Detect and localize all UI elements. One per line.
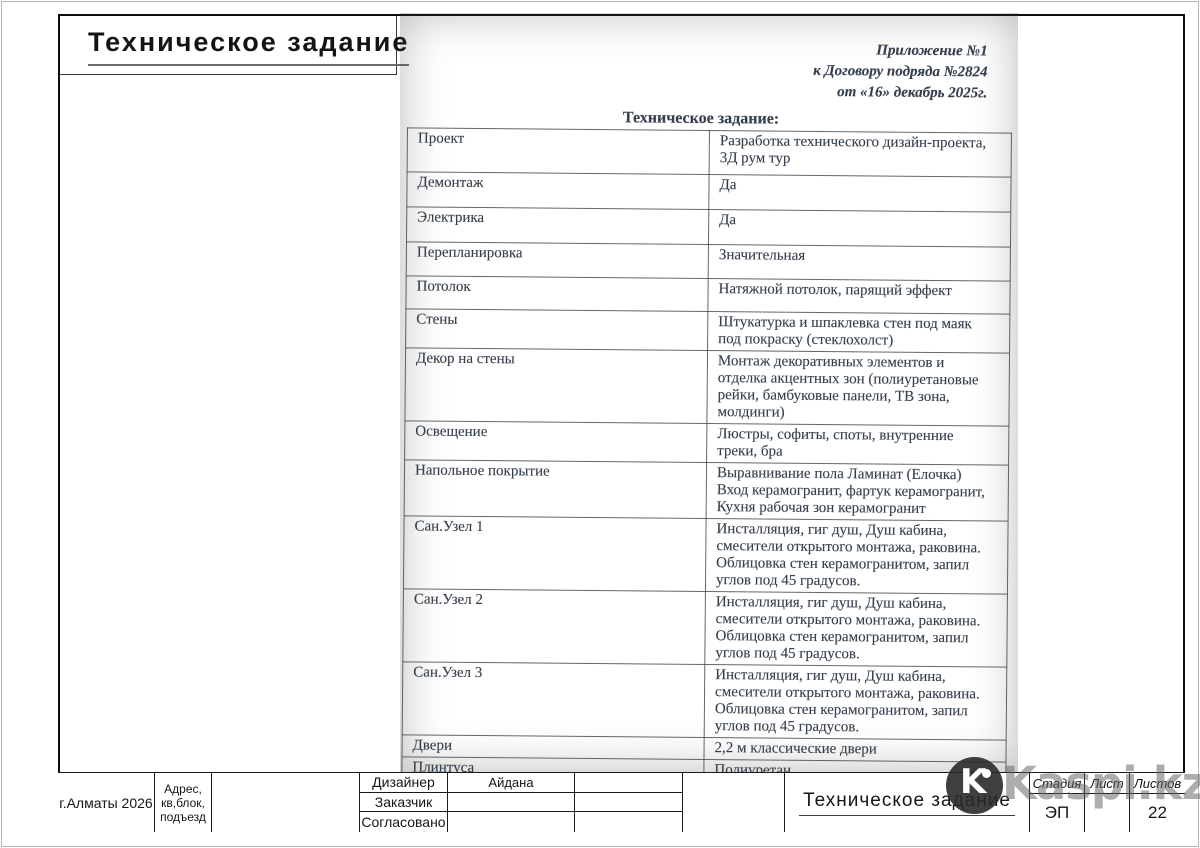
title-block: г.Алматы 2026 Адрес, кв,блок, подъезд Ди…: [58, 772, 1185, 832]
signer-names-cell: Айдана: [448, 773, 575, 832]
doc-title-cell: Техническое задание: [785, 773, 1030, 832]
appendix-block: Приложение №1 к Договору подряда №2824 о…: [400, 36, 1018, 104]
table-row: ДемонтажДа: [407, 172, 1011, 212]
sheet-number-label: Лист: [1085, 773, 1129, 794]
sheet-number-value: [1085, 794, 1129, 832]
sheet-title: Техническое задание: [88, 27, 409, 66]
sheets-total-label: Листов: [1130, 773, 1185, 794]
table-row: СтеныШтукатурка и шпаклевка стен под мая…: [406, 309, 1010, 353]
row-value: Да: [709, 175, 1011, 213]
row-label: Стены: [406, 309, 708, 351]
city-year: г.Алматы 2026: [59, 795, 152, 811]
row-value: Да: [708, 210, 1010, 248]
row-label: Демонтаж: [407, 172, 709, 210]
signer-name: Айдана: [448, 773, 574, 793]
sheet-number-cell: Лист: [1085, 773, 1130, 832]
sheet-title-box: Техническое задание: [60, 16, 397, 75]
table-row: Сан.Узел 2Инсталляция, гиг душ, Душ каби…: [403, 589, 1008, 667]
table-row: Сан.Узел 1Инсталляция, гиг душ, Душ каби…: [403, 516, 1008, 594]
sheet-page: Техническое задание Приложение №1 к Дого…: [0, 0, 1200, 848]
row-label: Сан.Узел 1: [403, 516, 706, 592]
row-value: 2,2 м классические двери: [704, 737, 1006, 762]
row-label: Двери: [402, 735, 704, 760]
table-row: ЭлектрикаДа: [406, 207, 1010, 247]
signature-slot: [575, 793, 682, 813]
row-value: Инсталляция, гиг душ, Душ кабина, смесит…: [704, 664, 1007, 740]
signer-label: Согласовано: [360, 812, 447, 832]
row-label: Напольное покрытие: [404, 460, 706, 519]
table-row: ОсвещениеЛюстры, софиты, споты, внутренн…: [405, 421, 1009, 465]
row-label: Потолок: [406, 276, 708, 312]
row-label: Электрика: [406, 207, 708, 245]
row-label: Сан.Узел 3: [402, 662, 705, 738]
row-value: Натяжной потолок, парящий эффект: [708, 279, 1010, 315]
spec-table: ПроектРазработка технического дизайн-про…: [401, 127, 1012, 772]
address-line: Адрес,: [160, 782, 206, 796]
document-paper: Приложение №1 к Договору подряда №2824 о…: [400, 13, 1018, 772]
row-value: Люстры, софиты, споты, внутренние треки,…: [707, 423, 1009, 465]
signature-slot: [575, 773, 682, 793]
address-line: кв,блок,: [160, 796, 206, 810]
table-row: Декор на стеныМонтаж декоративных элемен…: [405, 348, 1010, 426]
row-label: Плинтуса: [402, 757, 704, 772]
spec-table-body: ПроектРазработка технического дизайн-про…: [402, 128, 1012, 772]
signature-cell: [575, 773, 683, 832]
address-cell: Адрес, кв,блок, подъезд: [155, 773, 212, 832]
row-value: Разработка технического дизайн-проекта, …: [709, 131, 1011, 178]
signer-name: [448, 812, 574, 832]
row-label: Декор на стены: [405, 348, 708, 424]
document-photo: Приложение №1 к Договору подряда №2824 о…: [400, 13, 1018, 772]
row-value: Инсталляция, гиг душ, Душ кабина, смесит…: [705, 591, 1008, 667]
doc-title-bottom: Техническое задание: [799, 790, 1015, 816]
row-value: Монтаж декоративных элементов и отделка …: [707, 351, 1010, 427]
sheets-total-cell: Листов 22: [1130, 773, 1185, 832]
signer-labels-cell: Дизайнер Заказчик Согласовано: [360, 773, 448, 832]
row-value: Штукатурка и шпаклевка стен под маяк под…: [708, 312, 1010, 354]
stage-label: Стадия: [1030, 773, 1084, 794]
sheets-total-value: 22: [1130, 794, 1185, 832]
row-label: Перепланировка: [406, 242, 708, 279]
signer-label: Дизайнер: [360, 773, 447, 793]
appendix-line: от «16» декабрь 2025г.: [400, 78, 987, 104]
row-value: Полиуретан: [704, 759, 1006, 772]
row-label: Сан.Узел 2: [403, 589, 706, 665]
empty-cell: [212, 773, 360, 832]
stage-value: ЭП: [1030, 794, 1084, 832]
table-row: ПерепланировкаЗначительная: [406, 242, 1010, 281]
row-label: Проект: [407, 128, 709, 175]
signer-name: [448, 793, 574, 813]
table-row: ПроектРазработка технического дизайн-про…: [407, 128, 1011, 177]
stage-cell: Стадия ЭП: [1030, 773, 1085, 832]
address-line: подъезд: [160, 810, 206, 824]
city-year-cell: г.Алматы 2026: [58, 773, 155, 832]
row-label: Освещение: [405, 421, 707, 463]
row-value: Выравнивание пола Ламинат (Елочка) Вход …: [706, 462, 1008, 521]
row-value: Инсталляция, гиг душ, Душ кабина, смесит…: [705, 518, 1008, 594]
table-row: Сан.Узел 3Инсталляция, гиг душ, Душ каби…: [402, 662, 1007, 740]
empty-cell: [683, 773, 785, 832]
signer-label: Заказчик: [360, 793, 447, 813]
table-row: Напольное покрытиеВыравнивание пола Лами…: [404, 460, 1008, 521]
table-row: ПотолокНатяжной потолок, парящий эффект: [406, 276, 1010, 314]
signature-slot: [575, 812, 682, 832]
address-lines: Адрес, кв,блок, подъезд: [160, 782, 206, 824]
row-value: Значительная: [708, 245, 1010, 282]
